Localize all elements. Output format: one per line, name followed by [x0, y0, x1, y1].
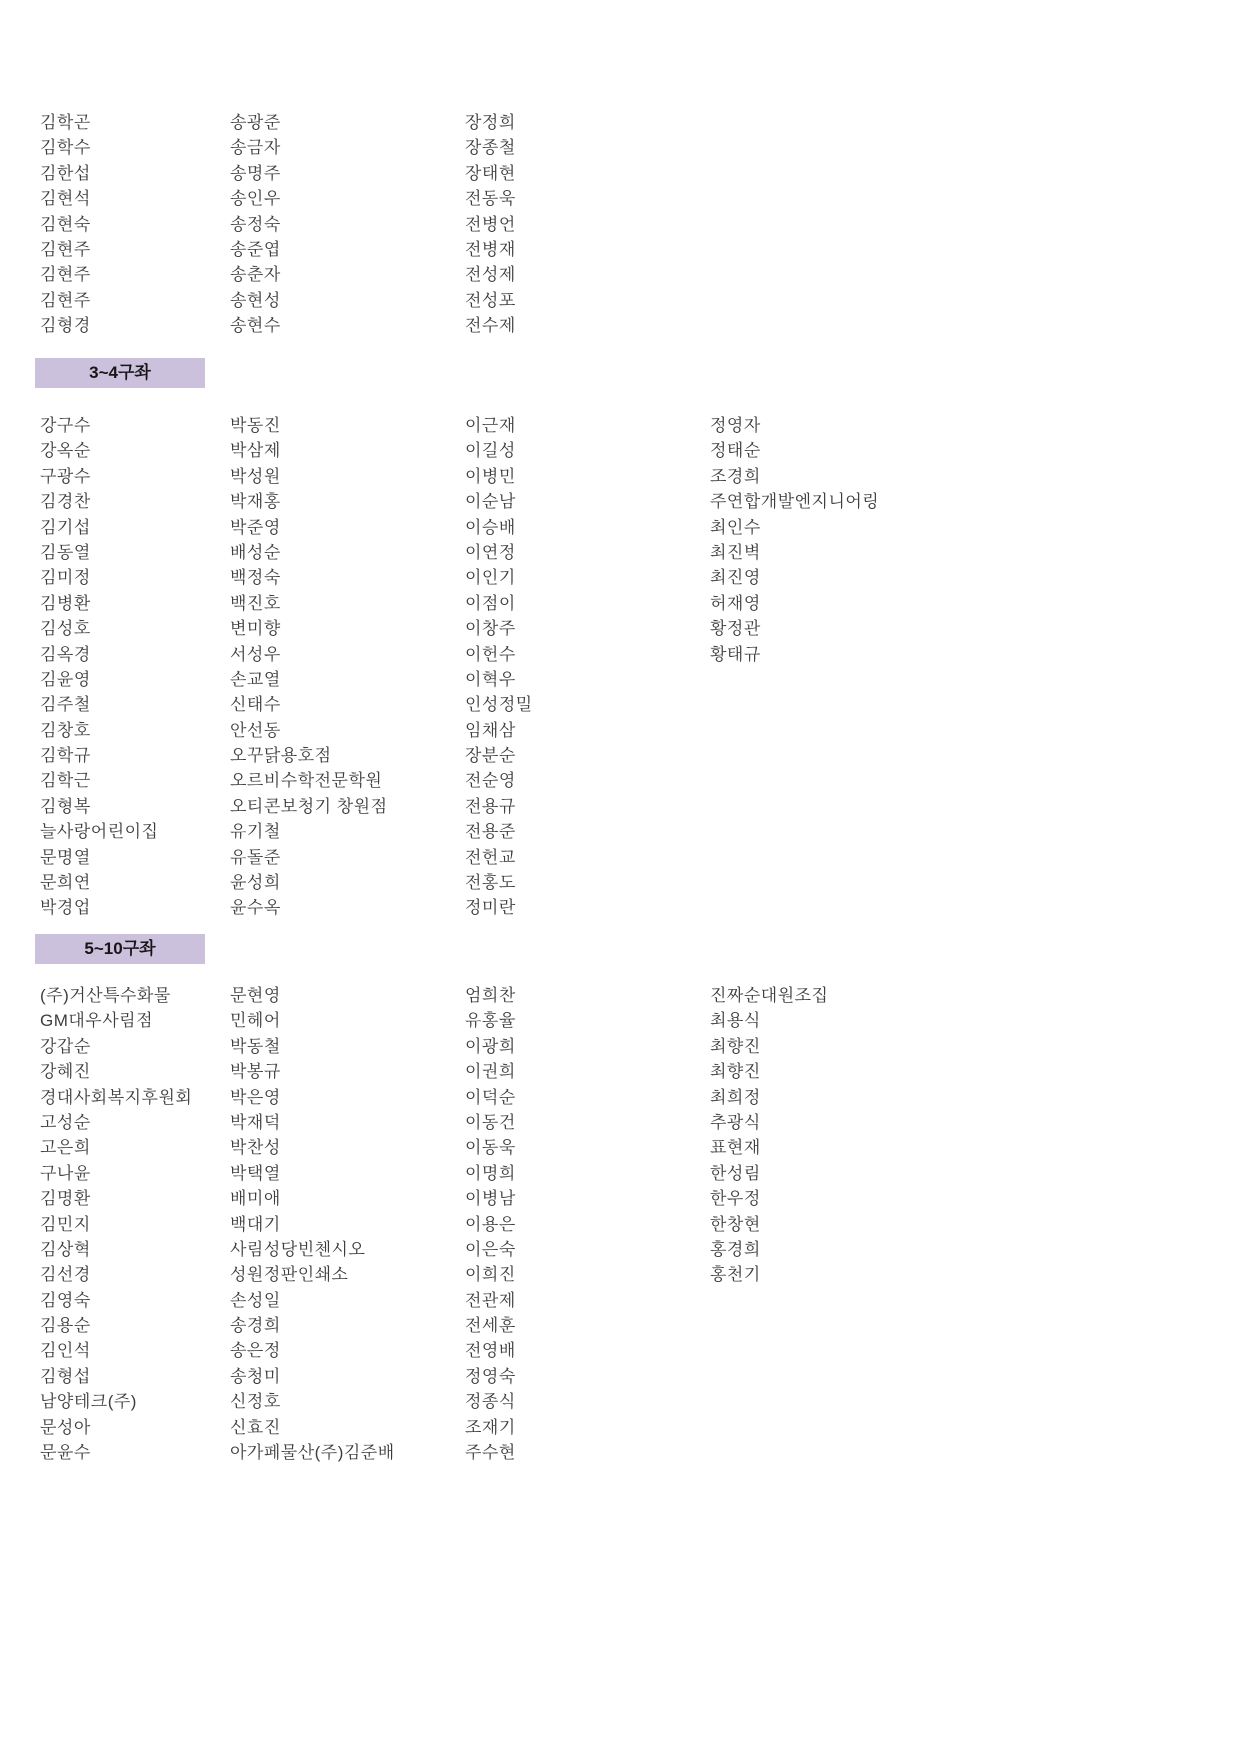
donor-name: 송경희 — [230, 1313, 395, 1338]
donor-name: 구광수 — [40, 464, 158, 489]
donor-name: 송청미 — [230, 1364, 395, 1389]
donor-name: 조경희 — [710, 464, 879, 489]
donor-name: 성원정판인쇄소 — [230, 1262, 395, 1287]
donor-name: 문현영 — [230, 983, 395, 1008]
donor-name: 김현주 — [40, 237, 91, 262]
name-column-3: 엄희찬유홍율이광희이권희이덕순이동건이동욱이명희이병남이용은이은숙이희진전관제전… — [465, 983, 516, 1465]
donor-name: 주수현 — [465, 1440, 516, 1465]
donor-name: 이병민 — [465, 464, 533, 489]
donor-name: 이희진 — [465, 1262, 516, 1287]
donor-name: GM대우사림점 — [40, 1008, 192, 1033]
donor-name: 강구수 — [40, 413, 158, 438]
donor-name: 구나윤 — [40, 1161, 192, 1186]
donor-name: 추광식 — [710, 1110, 828, 1135]
donor-name: 박찬성 — [230, 1135, 395, 1160]
donor-name: 박동진 — [230, 413, 388, 438]
donor-name: 김현숙 — [40, 212, 91, 237]
donor-name: 김학곤 — [40, 110, 91, 135]
donor-name: 백정숙 — [230, 565, 388, 590]
donor-name: 박경업 — [40, 895, 158, 920]
donor-name: 박삼제 — [230, 438, 388, 463]
name-column-3: 이근재이길성이병민이순남이승배이연정이인기이점이이창주이헌수이혁우인성정밀임채삼… — [465, 413, 533, 921]
donor-name: 윤수옥 — [230, 895, 388, 920]
donor-name: 송정숙 — [230, 212, 281, 237]
donor-name: 박재덕 — [230, 1110, 395, 1135]
donor-name: 이동욱 — [465, 1135, 516, 1160]
donor-name: 전병언 — [465, 212, 516, 237]
name-column-2: 송광준송금자송명주송인우송정숙송준엽송춘자송현성송현수 — [230, 110, 281, 339]
donor-name: 김창호 — [40, 718, 158, 743]
donor-name: 송춘자 — [230, 262, 281, 287]
donor-name: 한성림 — [710, 1161, 828, 1186]
donor-name: 서성우 — [230, 642, 388, 667]
donor-name: 박택열 — [230, 1161, 395, 1186]
donor-name: 이헌수 — [465, 642, 533, 667]
donor-name: 송현성 — [230, 288, 281, 313]
donor-name: 김미정 — [40, 565, 158, 590]
donor-name: 전수제 — [465, 313, 516, 338]
donor-name: 송금자 — [230, 135, 281, 160]
donor-name: 전성제 — [465, 262, 516, 287]
donor-name: 이창주 — [465, 616, 533, 641]
name-column-2: 박동진박삼제박성원박재홍박준영배성순백정숙백진호변미향서성우손교열신태수안선동오… — [230, 413, 388, 921]
donor-name: 최향진 — [710, 1034, 828, 1059]
donor-name: 손교열 — [230, 667, 388, 692]
donor-name: 전순영 — [465, 768, 533, 793]
donor-name: 장분순 — [465, 743, 533, 768]
donor-name: 허재영 — [710, 591, 879, 616]
donor-name: 고은희 — [40, 1135, 192, 1160]
donor-name: 아가페물산(주)김준배 — [230, 1440, 395, 1465]
donor-name: 강옥순 — [40, 438, 158, 463]
donor-name: 최인수 — [710, 515, 879, 540]
donor-name: 인성정밀 — [465, 692, 533, 717]
donor-name: 박성원 — [230, 464, 388, 489]
donor-name: 김형경 — [40, 313, 91, 338]
section-header-3-4-accounts: 3~4구좌 — [35, 358, 205, 388]
donor-name: 이길성 — [465, 438, 533, 463]
donor-name: 이권희 — [465, 1059, 516, 1084]
donor-name: 배성순 — [230, 540, 388, 565]
donor-name: 송명주 — [230, 161, 281, 186]
donor-name: 송현수 — [230, 313, 281, 338]
donor-name: 이순남 — [465, 489, 533, 514]
donor-name: 주연합개발엔지니어링 — [710, 489, 879, 514]
donor-name: 이근재 — [465, 413, 533, 438]
donor-name: 신효진 — [230, 1415, 395, 1440]
donor-name: 김성호 — [40, 616, 158, 641]
donor-name: 오르비수학전문학원 — [230, 768, 388, 793]
donor-name: 문윤수 — [40, 1440, 192, 1465]
donor-name: 김한섭 — [40, 161, 91, 186]
donor-name: 전영배 — [465, 1338, 516, 1363]
name-column-4: 정영자정태순조경희주연합개발엔지니어링최인수최진벽최진영허재영황정관황태규 — [710, 413, 879, 667]
donor-name: 손성일 — [230, 1288, 395, 1313]
name-column-1: (주)거산특수화물GM대우사림점강갑순강혜진경대사회복지후원회고성순고은희구나윤… — [40, 983, 192, 1465]
donor-name: 한우정 — [710, 1186, 828, 1211]
donor-name: 박봉규 — [230, 1059, 395, 1084]
donor-name: 강혜진 — [40, 1059, 192, 1084]
donor-name: 박재홍 — [230, 489, 388, 514]
donor-name: 백진호 — [230, 591, 388, 616]
donor-name: 송광준 — [230, 110, 281, 135]
donor-name: 황태규 — [710, 642, 879, 667]
donor-name: 전헌교 — [465, 845, 533, 870]
donor-name: 신태수 — [230, 692, 388, 717]
donor-name: 김주철 — [40, 692, 158, 717]
donor-name: 이덕순 — [465, 1085, 516, 1110]
donor-name: 전용규 — [465, 794, 533, 819]
donor-name: 이광희 — [465, 1034, 516, 1059]
donor-name: 정영숙 — [465, 1364, 516, 1389]
donor-name: 유돌준 — [230, 845, 388, 870]
donor-name: 전홍도 — [465, 870, 533, 895]
donor-name: 신정호 — [230, 1389, 395, 1414]
donor-name: 송인우 — [230, 186, 281, 211]
donor-name: 박은영 — [230, 1085, 395, 1110]
donor-name: 전동욱 — [465, 186, 516, 211]
donor-name: 김인석 — [40, 1338, 192, 1363]
donor-name: 김학수 — [40, 135, 91, 160]
donor-name: 황정관 — [710, 616, 879, 641]
donor-name: 최희정 — [710, 1085, 828, 1110]
donor-name: 민헤어 — [230, 1008, 395, 1033]
donor-name: 남양테크(주) — [40, 1389, 192, 1414]
donor-name: 문희연 — [40, 870, 158, 895]
donor-name: 백대기 — [230, 1212, 395, 1237]
donor-name: 김형섭 — [40, 1364, 192, 1389]
donor-name: 사림성당빈첸시오 — [230, 1237, 395, 1262]
donor-name: 유기철 — [230, 819, 388, 844]
donor-name: 이혁우 — [465, 667, 533, 692]
donor-name: 정종식 — [465, 1389, 516, 1414]
donor-name: 임채삼 — [465, 718, 533, 743]
donor-name: 전관제 — [465, 1288, 516, 1313]
name-column-1: 김학곤김학수김한섭김현석김현숙김현주김현주김현주김형경 — [40, 110, 91, 339]
donor-name: 김학규 — [40, 743, 158, 768]
donor-name: 홍천기 — [710, 1262, 828, 1287]
donor-name: 이인기 — [465, 565, 533, 590]
donor-name: 홍경희 — [710, 1237, 828, 1262]
donor-name: 최진벽 — [710, 540, 879, 565]
donor-name: 배미애 — [230, 1186, 395, 1211]
donor-name: 이승배 — [465, 515, 533, 540]
donor-name: 조재기 — [465, 1415, 516, 1440]
donor-name: 김옥경 — [40, 642, 158, 667]
donor-name: 안선동 — [230, 718, 388, 743]
donor-name: 최진영 — [710, 565, 879, 590]
donor-name: 김학근 — [40, 768, 158, 793]
donor-name: 이용은 — [465, 1212, 516, 1237]
donor-name: 송은정 — [230, 1338, 395, 1363]
donor-name: 장태현 — [465, 161, 516, 186]
donor-name: 한창현 — [710, 1212, 828, 1237]
donor-name: 고성순 — [40, 1110, 192, 1135]
donor-name: (주)거산특수화물 — [40, 983, 192, 1008]
donor-name: 김민지 — [40, 1212, 192, 1237]
donor-name: 김현주 — [40, 262, 91, 287]
donor-name: 오티콘보청기 창원점 — [230, 794, 388, 819]
donor-name: 박동철 — [230, 1034, 395, 1059]
donor-name: 김상혁 — [40, 1237, 192, 1262]
donor-name: 장종철 — [465, 135, 516, 160]
donor-name: 늘사랑어린이집 — [40, 819, 158, 844]
donor-name: 최용식 — [710, 1008, 828, 1033]
name-column-4: 진짜순대원조집최용식최향진최향진최희정추광식표현재한성림한우정한창현홍경희홍천기 — [710, 983, 828, 1288]
donor-name: 김동열 — [40, 540, 158, 565]
donor-list-page: 김학곤김학수김한섭김현석김현숙김현주김현주김현주김형경 송광준송금자송명주송인우… — [0, 0, 1240, 1754]
donor-name: 변미향 — [230, 616, 388, 641]
donor-name: 김선경 — [40, 1262, 192, 1287]
donor-name: 문명열 — [40, 845, 158, 870]
donor-name: 김기섭 — [40, 515, 158, 540]
donor-name: 김용순 — [40, 1313, 192, 1338]
donor-name: 진짜순대원조집 — [710, 983, 828, 1008]
donor-name: 이동건 — [465, 1110, 516, 1135]
donor-name: 문성아 — [40, 1415, 192, 1440]
donor-name: 이연정 — [465, 540, 533, 565]
donor-name: 경대사회복지후원회 — [40, 1085, 192, 1110]
donor-name: 장정희 — [465, 110, 516, 135]
donor-name: 김윤영 — [40, 667, 158, 692]
donor-name: 김현주 — [40, 288, 91, 313]
donor-name: 표현재 — [710, 1135, 828, 1160]
donor-name: 이은숙 — [465, 1237, 516, 1262]
donor-name: 이점이 — [465, 591, 533, 616]
donor-name: 유홍율 — [465, 1008, 516, 1033]
donor-name: 김형복 — [40, 794, 158, 819]
name-column-3: 장정희장종철장태현전동욱전병언전병재전성제전성포전수제 — [465, 110, 516, 339]
donor-name: 정미란 — [465, 895, 533, 920]
donor-name: 김현석 — [40, 186, 91, 211]
donor-name: 전세훈 — [465, 1313, 516, 1338]
name-column-2: 문현영민헤어박동철박봉규박은영박재덕박찬성박택열배미애백대기사림성당빈첸시오성원… — [230, 983, 395, 1465]
donor-name: 김명환 — [40, 1186, 192, 1211]
donor-name: 송준엽 — [230, 237, 281, 262]
donor-name: 오꾸닭용호점 — [230, 743, 388, 768]
donor-name: 전성포 — [465, 288, 516, 313]
donor-name: 이명희 — [465, 1161, 516, 1186]
section-header-5-10-accounts: 5~10구좌 — [35, 934, 205, 964]
donor-name: 엄희찬 — [465, 983, 516, 1008]
donor-name: 정태순 — [710, 438, 879, 463]
donor-name: 전용준 — [465, 819, 533, 844]
donor-name: 전병재 — [465, 237, 516, 262]
name-column-1: 강구수강옥순구광수김경찬김기섭김동열김미정김병환김성호김옥경김윤영김주철김창호김… — [40, 413, 158, 921]
donor-name: 김영숙 — [40, 1288, 192, 1313]
donor-name: 이병남 — [465, 1186, 516, 1211]
donor-name: 강갑순 — [40, 1034, 192, 1059]
donor-name: 정영자 — [710, 413, 879, 438]
donor-name: 김병환 — [40, 591, 158, 616]
donor-name: 최향진 — [710, 1059, 828, 1084]
donor-name: 박준영 — [230, 515, 388, 540]
donor-name: 김경찬 — [40, 489, 158, 514]
donor-name: 윤성희 — [230, 870, 388, 895]
